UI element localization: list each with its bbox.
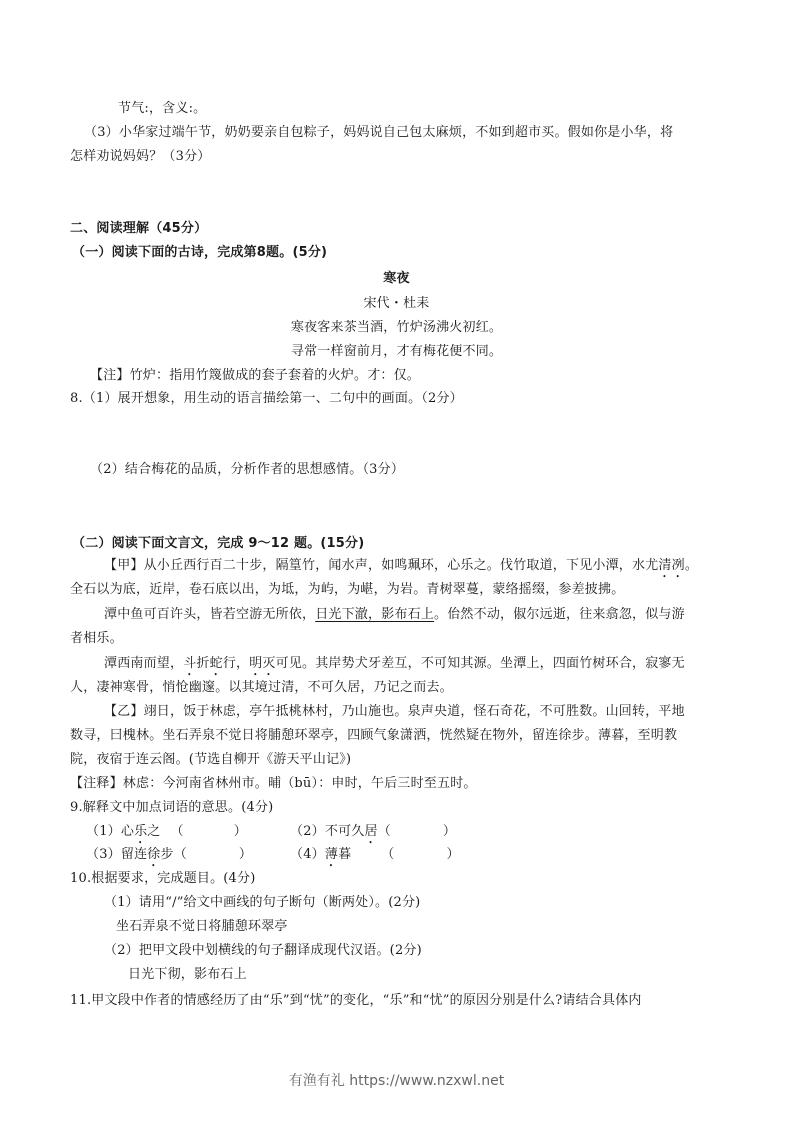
jia-paragraph-1-line1: 【甲】从小丘西行百二十步，隔篁竹，闻水声，如鸣珮环，心乐之。伐竹取道，下见小潭，…: [104, 557, 698, 581]
question-11-prompt: 11.甲文段中作者的情感经历了由“乐”到“忧”的变化，“乐”和“忧”的原因分别是…: [70, 992, 642, 1010]
underlined-sentence: 日光下澈，影布石上: [315, 607, 434, 622]
yi-paragraph-line2: 数寻，曰槐林。坐石弄泉不觉日将脯憩环翠亭，四顾气象潇洒，恍然疑在物外，留连徐步。…: [70, 727, 677, 745]
yi-paragraph-line3: 院，夜宿于连云阁。(节选自柳开《游天平山记》): [70, 751, 351, 769]
question-3-line2: 怎样劝说妈妈？（3分）: [70, 148, 210, 166]
question-9-prompt: 9.解释文中加点词语的意思。(4分): [70, 799, 273, 817]
emphasized-word: 清冽: [658, 558, 684, 573]
question-8-1: 8.（1）展开想象，用生动的语言描绘第一、二句中的画面。（2分）: [70, 390, 463, 408]
poem-line-1: 寒夜客来茶当酒，竹炉汤沸火初红。: [0, 319, 793, 337]
question-10-sub-2: （2）把甲文段中划横线的句子翻译成现代汉语。(2分): [104, 942, 422, 960]
jia-paragraph-3-line1: 潭西南而望，斗折蛇行，明灭可见。其岸势犬牙差互，不可知其源。坐潭上，四面竹树环合…: [104, 655, 685, 679]
question-9-item-2: （2）不可久居（）: [290, 823, 456, 847]
footer-watermark: 有渔有礼 https://www.nzxwl.net: [0, 1070, 793, 1090]
solar-term-answer-line: 节气:，含义:。: [118, 100, 206, 118]
jia-paragraph-1-line2: 全石以为底，近岸，卷石底以出，为坻，为屿，为嵁，为岩。青树翠蔓，蒙络摇缀，参差披…: [70, 581, 624, 599]
question-10-sub-2-sentence: 日光下彻，影布石上: [128, 966, 247, 984]
poem-line-2: 寻常一样窗前月，才有梅花便不同。: [0, 343, 793, 361]
question-8-2: （2）结合梅花的品质，分析作者的思想感情。（3分）: [90, 461, 404, 479]
jia-paragraph-2-line2: 者相乐。: [70, 630, 123, 648]
annotation: 【注释】林虑：今河南省林州市。晡（bū）：申时，午后三时至五时。: [70, 775, 477, 793]
question-10-sub-1: （1）请用“/”给文中画线的句子断句（断两处）。(2分): [104, 894, 420, 912]
jia-paragraph-2-line1: 潭中鱼可百许头，皆若空游无所依，日光下澈，影布石上。佁然不动，俶尔远逝，往来翕忽…: [104, 606, 685, 624]
question-10-prompt: 10.根据要求，完成题目。(4分): [70, 870, 256, 888]
part-1-heading: （一）阅读下面的古诗，完成第8题。(5分): [72, 244, 327, 262]
question-9-item-4: （4）薄暮（）: [290, 846, 460, 870]
exam-page: 节气:，含义:。 （3）小华家过端午节，奶奶要亲自包粽子，妈妈说自己包太麻烦，不…: [0, 0, 793, 1122]
poem-title: 寒夜: [0, 270, 793, 288]
question-9-item-3: （3）留连徐步（）: [86, 846, 252, 870]
poem-note: 【注】竹炉：指用竹篾做成的套子套着的火炉。才：仅。: [90, 367, 420, 385]
section-2-heading: 二、阅读理解（45分）: [70, 220, 207, 238]
question-3-line1: （3）小华家过端午节，奶奶要亲自包粽子，妈妈说自己包太麻烦，不如到超市买。假如你…: [84, 124, 673, 142]
question-9-item-1: （1）心乐之（）: [86, 823, 247, 847]
poem-author: 宋代・杜耒: [0, 295, 793, 313]
question-10-sub-1-sentence: 坐石弄泉不觉日将脯憩环翠亭: [116, 918, 288, 936]
jia-paragraph-3-line2: 人，凄神寒骨，悄怆幽邃。以其境过清，不可久居，乃记之而去。: [70, 679, 453, 697]
part-2-heading: （二）阅读下面文言文，完成 9～12 题。(15分): [72, 535, 364, 553]
yi-paragraph-line1: 【乙】翊日，饭于林虑，亭午抵桃林村，乃山施也。泉声央道，怪石奇花，不可胜数。山回…: [104, 703, 685, 721]
